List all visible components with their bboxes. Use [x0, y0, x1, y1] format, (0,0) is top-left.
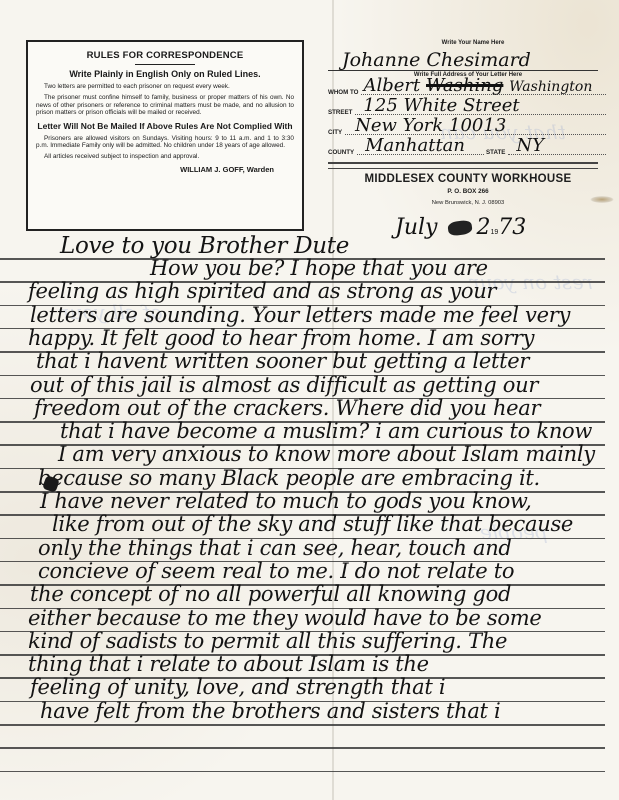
- letter-line: feeling of unity, love, and strength tha…: [30, 675, 445, 699]
- letter-body: Love to you Brother DuteHow you be? I ho…: [0, 0, 619, 800]
- letter-line: because so many Black people are embraci…: [38, 466, 540, 490]
- letter-line: that i have become a muslim? i am curiou…: [60, 419, 592, 443]
- letter-line: either because to me they would have to …: [28, 606, 541, 630]
- letter-line: out of this jail is almost as difficult …: [30, 373, 538, 397]
- letter-line: kind of sadists to permit all this suffe…: [28, 629, 507, 653]
- letter-line: the concept of no all powerful all knowi…: [30, 582, 511, 606]
- letter-line: concieve of seem real to me. I do not re…: [38, 559, 514, 583]
- letter-line: thing that i relate to about Islam is th…: [28, 652, 429, 676]
- letter-line: freedom out of the crackers. Where did y…: [34, 396, 540, 420]
- letter-line: like from out of the sky and stuff like …: [52, 512, 573, 536]
- letter-line: I have never related to much to gods you…: [40, 489, 531, 513]
- letter-line: happy. It felt good to hear from home. I…: [28, 326, 534, 350]
- letter-line: have felt from the brothers and sisters …: [40, 699, 500, 723]
- letter-line: only the things that i can see, hear, to…: [38, 536, 512, 560]
- letter-line: that i havent written sooner but getting…: [36, 349, 529, 373]
- letter-line: I am very anxious to know more about Isl…: [58, 442, 595, 466]
- letter-line: letters are sounding. Your letters made …: [30, 303, 570, 327]
- letter-line: How you be? I hope that you are: [150, 256, 488, 280]
- letter-line: feeling as high spirited and as strong a…: [28, 279, 496, 303]
